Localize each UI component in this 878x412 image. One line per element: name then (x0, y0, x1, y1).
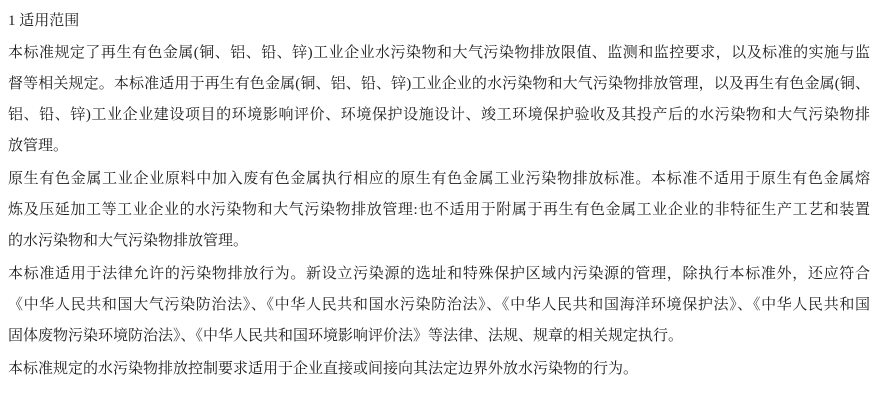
text-line: 本标准规定的水污染物排放控制要求适用于企业直接或间接向其法定边界外放水污染物的行… (8, 354, 870, 385)
section-heading: 1 适用范围 (8, 6, 870, 37)
text-line: 的水污染物和大气污染物排放管理。 (8, 226, 870, 257)
text-line: 《中华人民共和国大气污染防治法》、《中华人民共和国水污染防治法》、《中华人民共和… (8, 290, 870, 321)
text-line: 炼及压延加工等工业企业的水污染物和大气污染物排放管理:也不适用于附属于再生有色金… (8, 195, 870, 226)
paragraph: 本标准规定的水污染物排放控制要求适用于企业直接或间接向其法定边界外放水污染物的行… (8, 354, 870, 385)
text-line: 放管理。 (8, 131, 870, 162)
text-line: 原生有色金属工业企业原料中加入废有色金属执行相应的原生有色金属工业污染物排放标准… (8, 164, 870, 195)
text-line: 督等相关规定。本标准适用于再生有色金属(铜、铝、铅、锌)工业企业的水污染物和大气… (8, 69, 870, 100)
text-line: 铝、铅、锌)工业企业建设项目的环境影响评价、环境保护设施设计、竣工环境保护验收及… (8, 100, 870, 131)
text-line: 本标准适用于法律允许的污染物排放行为。新设立污染源的选址和特殊保护区域内污染源的… (8, 259, 870, 290)
paragraph: 原生有色金属工业企业原料中加入废有色金属执行相应的原生有色金属工业污染物排放标准… (8, 164, 870, 257)
text-line: 固体废物污染环境防治法》、《中华人民共和国环境影响评价法》等法律、法规、规章的相… (8, 321, 870, 352)
document-page: 1 适用范围 本标准规定了再生有色金属(铜、铝、铅、锌)工业企业水污染物和大气污… (0, 0, 878, 412)
text-line: 本标准规定了再生有色金属(铜、铝、铅、锌)工业企业水污染物和大气污染物排放限值、… (8, 38, 870, 69)
paragraph: 本标准规定了再生有色金属(铜、铝、铅、锌)工业企业水污染物和大气污染物排放限值、… (8, 38, 870, 162)
paragraph: 本标准适用于法律允许的污染物排放行为。新设立污染源的选址和特殊保护区域内污染源的… (8, 259, 870, 352)
